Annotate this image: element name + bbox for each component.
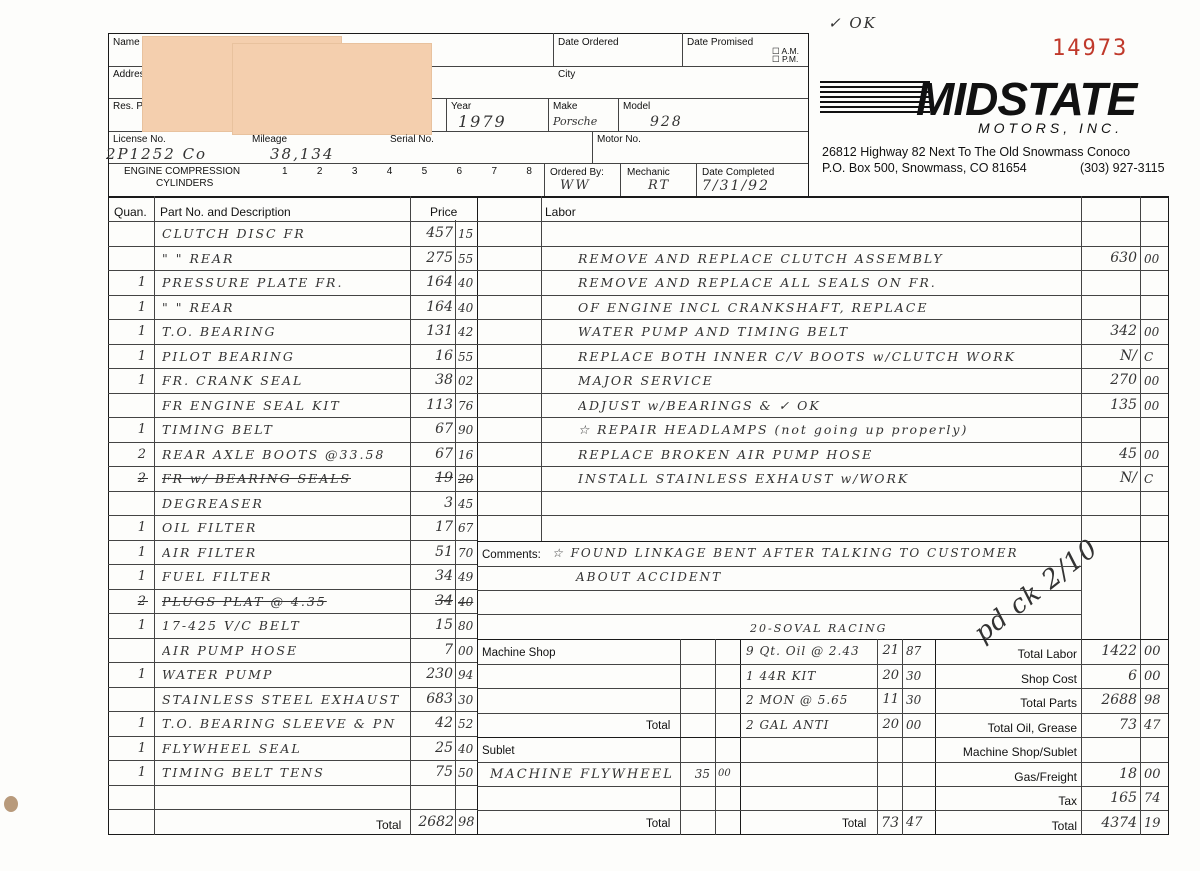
redacted-customer-info-2: [232, 43, 432, 135]
ordered-by-label: Ordered By:: [550, 167, 604, 178]
cylinder-6: 6: [457, 166, 463, 177]
summary-label: Total: [935, 819, 1077, 833]
mechanic-value: RT: [648, 178, 670, 193]
sublet-row-cents: 00: [718, 768, 731, 779]
cylinders-label: CYLINDERS: [156, 178, 213, 189]
oil-price-dollars: 20: [877, 717, 899, 732]
part-price-dollars: 683: [410, 691, 453, 707]
labor-price-cents: 00: [1144, 252, 1159, 266]
part-description: TIMING BELT: [162, 422, 274, 437]
labor-price-cents: 00: [1144, 399, 1159, 413]
summary-dollars: 1422: [1081, 643, 1137, 659]
mileage-value: 38,134: [270, 145, 335, 163]
labor-description: WATER PUMP AND TIMING BELT: [578, 324, 849, 339]
part-price-cents: 49: [458, 570, 473, 584]
cylinder-1: 1: [282, 166, 288, 177]
part-price-cents: 30: [458, 693, 473, 707]
oil-total-dollars: 73: [877, 815, 899, 831]
license-value: 2P1252 Co: [106, 145, 207, 163]
summary-cents: 47: [1144, 718, 1161, 733]
stain-mark: [4, 796, 18, 812]
machine-shop-total-label: Total: [646, 720, 670, 732]
part-description: T.O. BEARING SLEEVE & PN: [162, 716, 396, 731]
ordered-by-value: WW: [560, 178, 591, 193]
mileage-label: Mileage: [252, 134, 287, 145]
oil-price-cents: 30: [906, 693, 921, 707]
part-qty: 2: [118, 471, 148, 486]
part-description: FR w/ BEARING SEALS: [162, 471, 351, 486]
oil-price-dollars: 11: [877, 692, 899, 707]
check-ok-note: ✓ OK: [828, 14, 877, 32]
company-logo: MIDSTATE: [820, 78, 1170, 124]
company-phone: (303) 927-3115: [1080, 161, 1165, 175]
cylinder-4: 4: [387, 166, 393, 177]
cylinder-5: 5: [422, 166, 428, 177]
part-price-cents: 42: [458, 325, 473, 339]
part-qty: 1: [118, 716, 148, 731]
summary-label: Total Oil, Grease: [935, 721, 1077, 735]
part-price-dollars: 275: [410, 250, 453, 266]
part-price-cents: 16: [458, 448, 473, 462]
summary-dollars: 2688: [1081, 692, 1137, 708]
date-completed-value: 7/31/92: [702, 178, 770, 194]
summary-cents: 00: [1144, 644, 1161, 659]
invoice-number: 14973: [1052, 36, 1128, 61]
parts-total-dollars: 2682: [410, 814, 454, 830]
part-qty: 1: [118, 520, 148, 535]
oil-price-cents: 00: [906, 718, 921, 732]
part-description: FUEL FILTER: [162, 569, 272, 584]
part-price-cents: 20: [458, 472, 473, 486]
summary-label: Total Labor: [935, 647, 1077, 661]
summary-cents: 74: [1144, 791, 1161, 806]
oil-price-dollars: 21: [877, 643, 899, 658]
part-price-dollars: 16: [410, 348, 453, 364]
year-value: 1979: [458, 112, 507, 131]
oil-description: 1 44R KIT: [746, 669, 816, 683]
summary-label: Shop Cost: [935, 672, 1077, 686]
labor-price-cents: 00: [1144, 448, 1159, 462]
part-description: REAR AXLE BOOTS @33.58: [162, 447, 385, 462]
part-description: PILOT BEARING: [162, 349, 295, 364]
labor-description: REMOVE AND REPLACE CLUTCH ASSEMBLY: [578, 251, 944, 266]
cylinder-8: 8: [526, 166, 532, 177]
part-price-cents: 50: [458, 766, 473, 780]
summary-label: Gas/Freight: [935, 770, 1077, 784]
machine-shop-label: Machine Shop: [482, 647, 556, 659]
oil-price-dollars: 20: [877, 668, 899, 683]
sublet-label: Sublet: [482, 745, 515, 757]
labor-price-dollars: N/: [1081, 470, 1137, 486]
part-price-cents: 02: [458, 374, 473, 388]
part-qty: 2: [118, 447, 148, 462]
model-value: 928: [650, 114, 683, 130]
sublet-total-label: Total: [646, 818, 670, 830]
part-price-dollars: 34: [410, 568, 453, 584]
part-price-cents: 55: [458, 252, 473, 266]
part-description: FR. CRANK SEAL: [162, 373, 303, 388]
summary-label: Total Parts: [935, 696, 1077, 710]
labor-description: INSTALL STAINLESS EXHAUST w/WORK: [578, 471, 909, 486]
part-price-dollars: 164: [410, 274, 453, 290]
part-price-cents: 45: [458, 497, 473, 511]
logo-speed-lines-icon: [820, 81, 930, 116]
labor-description: MAJOR SERVICE: [578, 373, 714, 388]
part-description: TIMING BELT TENS: [162, 765, 325, 780]
company-address-line2: P.O. Box 500, Snowmass, CO 81654: [822, 161, 1027, 175]
part-description: AIR FILTER: [162, 545, 257, 560]
part-description: FR ENGINE SEAL KIT: [162, 398, 341, 413]
part-price-cents: 70: [458, 546, 473, 560]
part-qty: 1: [118, 765, 148, 780]
part-price-cents: 40: [458, 276, 473, 290]
part-qty: 1: [118, 569, 148, 584]
part-description: T.O. BEARING: [162, 324, 277, 339]
mechanic-label: Mechanic: [627, 167, 670, 178]
part-price-cents: 94: [458, 668, 473, 682]
year-label: Year: [451, 101, 471, 112]
part-price-dollars: 25: [410, 740, 453, 756]
summary-label: Machine Shop/Sublet: [935, 745, 1077, 759]
part-price-cents: 40: [458, 301, 473, 315]
oil-total-cents: 47: [906, 815, 923, 830]
model-label: Model: [623, 101, 650, 112]
oil-description: 2 GAL ANTI: [746, 718, 829, 732]
summary-cents: 19: [1144, 816, 1161, 831]
part-qty: 1: [118, 300, 148, 315]
part-description: STAINLESS STEEL EXHAUST: [162, 692, 400, 707]
part-price-dollars: 113: [410, 397, 453, 413]
summary-cents: 98: [1144, 693, 1161, 708]
license-label: License No.: [113, 134, 166, 145]
summary-dollars: 165: [1081, 790, 1137, 806]
labor-price-cents: 00: [1144, 374, 1159, 388]
part-qty: 1: [118, 275, 148, 290]
comments-label: Comments:: [482, 549, 541, 561]
labor-header: Labor: [545, 205, 576, 219]
part-price-cents: 40: [458, 742, 473, 756]
date-ordered-label: Date Ordered: [558, 37, 619, 48]
part-description: PLUGS PLAT @ 4.35: [162, 594, 327, 609]
motor-label: Motor No.: [597, 134, 641, 145]
labor-price-dollars: N/: [1081, 348, 1137, 364]
labor-price-dollars: 342: [1081, 323, 1137, 339]
part-price-cents: 15: [458, 227, 473, 241]
sublet-row-desc: MACHINE FLYWHEEL: [490, 767, 674, 782]
part-price-cents: 55: [458, 350, 473, 364]
pm-label: P.M.: [782, 54, 798, 64]
oil-price-cents: 87: [906, 644, 921, 658]
price-header: Price: [430, 205, 457, 219]
cylinder-3: 3: [352, 166, 358, 177]
cylinder-2: 2: [317, 166, 323, 177]
labor-price-cents: C: [1144, 350, 1153, 364]
oil-description: 2 MON @ 5.65: [746, 693, 848, 707]
labor-price-dollars: 630: [1081, 250, 1137, 266]
pm-checkbox[interactable]: ☐ P.M.: [772, 54, 798, 65]
labor-price-dollars: 270: [1081, 372, 1137, 388]
part-price-dollars: 34: [410, 593, 453, 609]
part-price-cents: 76: [458, 399, 473, 413]
part-price-dollars: 457: [410, 225, 453, 241]
part-price-dollars: 131: [410, 323, 453, 339]
comments-line1: ☆ FOUND LINKAGE BENT AFTER TALKING TO CU…: [552, 546, 1018, 560]
part-description: " " REAR: [162, 300, 234, 315]
part-price-dollars: 15: [410, 617, 453, 633]
part-price-cents: 52: [458, 717, 473, 731]
part-price-dollars: 67: [410, 446, 453, 462]
company-address-line1: 26812 Highway 82 Next To The Old Snowmas…: [822, 145, 1130, 159]
date-completed-label: Date Completed: [702, 167, 774, 178]
summary-dollars: 73: [1081, 717, 1137, 733]
sublet-row-dollars: 35: [680, 767, 710, 781]
cylinder-numbers: 1 2 3 4 5 6 7 8: [282, 166, 532, 177]
part-price-dollars: 164: [410, 299, 453, 315]
part-qty: 1: [118, 349, 148, 364]
company-name: MIDSTATE: [916, 72, 1136, 126]
parts-total-label: Total: [376, 818, 401, 832]
name-label: Name: [113, 37, 140, 48]
serial-label: Serial No.: [390, 134, 434, 145]
part-price-dollars: 75: [410, 764, 453, 780]
city-label: City: [558, 69, 575, 80]
part-qty: 1: [118, 373, 148, 388]
part-price-dollars: 42: [410, 715, 453, 731]
part-price-dollars: 230: [410, 666, 453, 682]
parts-total-cents: 98: [458, 815, 475, 830]
part-description: " " REAR: [162, 251, 234, 266]
labor-description: REPLACE BROKEN AIR PUMP HOSE: [578, 447, 873, 462]
part-price-dollars: 3: [410, 495, 453, 511]
compression-label: ENGINE COMPRESSION: [124, 166, 240, 177]
labor-description: ☆ REPAIR HEADLAMPS (not going up properl…: [578, 422, 968, 437]
part-description: DEGREASER: [162, 496, 264, 511]
part-price-cents: 67: [458, 521, 473, 535]
part-qty: 1: [118, 741, 148, 756]
oil-description: 9 Qt. Oil @ 2.43: [746, 644, 860, 658]
quan-header: Quan.: [114, 205, 147, 219]
part-price-cents: 00: [458, 644, 473, 658]
make-label: Make: [553, 101, 577, 112]
company-subtitle: MOTORS, INC.: [978, 120, 1123, 136]
part-qty: 2: [118, 594, 148, 609]
summary-cents: 00: [1144, 767, 1161, 782]
summary-dollars: 6: [1081, 668, 1137, 684]
part-price-cents: 40: [458, 595, 473, 609]
part-qty: 1: [118, 545, 148, 560]
labor-price-cents: 00: [1144, 325, 1159, 339]
part-qty: 1: [118, 324, 148, 339]
part-price-cents: 80: [458, 619, 473, 633]
part-qty: 1: [118, 618, 148, 633]
labor-price-dollars: 135: [1081, 397, 1137, 413]
part-price-dollars: 17: [410, 519, 453, 535]
part-price-dollars: 51: [410, 544, 453, 560]
part-description: CLUTCH DISC FR: [162, 226, 306, 241]
comments-note: 20-SOVAL RACING: [750, 622, 887, 635]
part-desc-header: Part No. and Description: [160, 205, 291, 219]
labor-description: ADJUST w/BEARINGS & ✓ OK: [578, 398, 821, 413]
part-price-cents: 90: [458, 423, 473, 437]
labor-description: REPLACE BOTH INNER C/V BOOTS w/CLUTCH WO…: [578, 349, 1016, 364]
part-description: OIL FILTER: [162, 520, 257, 535]
make-value: Porsche: [553, 115, 597, 128]
oil-price-cents: 30: [906, 669, 921, 683]
part-description: FLYWHEEL SEAL: [162, 741, 302, 756]
cylinder-7: 7: [491, 166, 497, 177]
part-price-dollars: 67: [410, 421, 453, 437]
part-description: 17-425 V/C BELT: [162, 618, 301, 633]
labor-description: OF ENGINE INCL CRANKSHAFT, REPLACE: [578, 300, 928, 315]
part-qty: 1: [118, 667, 148, 682]
part-qty: 1: [118, 422, 148, 437]
part-price-dollars: 38: [410, 372, 453, 388]
part-description: WATER PUMP: [162, 667, 273, 682]
part-price-dollars: 7: [410, 642, 453, 658]
summary-label: Tax: [935, 794, 1077, 808]
labor-price-cents: C: [1144, 472, 1153, 486]
comments-line2: ABOUT ACCIDENT: [576, 570, 722, 584]
part-description: PRESSURE PLATE FR.: [162, 275, 343, 290]
labor-price-dollars: 45: [1081, 446, 1137, 462]
summary-cents: 00: [1144, 669, 1161, 684]
summary-dollars: 4374: [1081, 815, 1137, 831]
oil-total-label: Total: [842, 818, 866, 830]
part-price-dollars: 19: [410, 470, 453, 486]
summary-dollars: 18: [1081, 766, 1137, 782]
part-description: AIR PUMP HOSE: [162, 643, 298, 658]
date-promised-label: Date Promised: [687, 37, 753, 48]
labor-description: REMOVE AND REPLACE ALL SEALS ON FR.: [578, 275, 937, 290]
